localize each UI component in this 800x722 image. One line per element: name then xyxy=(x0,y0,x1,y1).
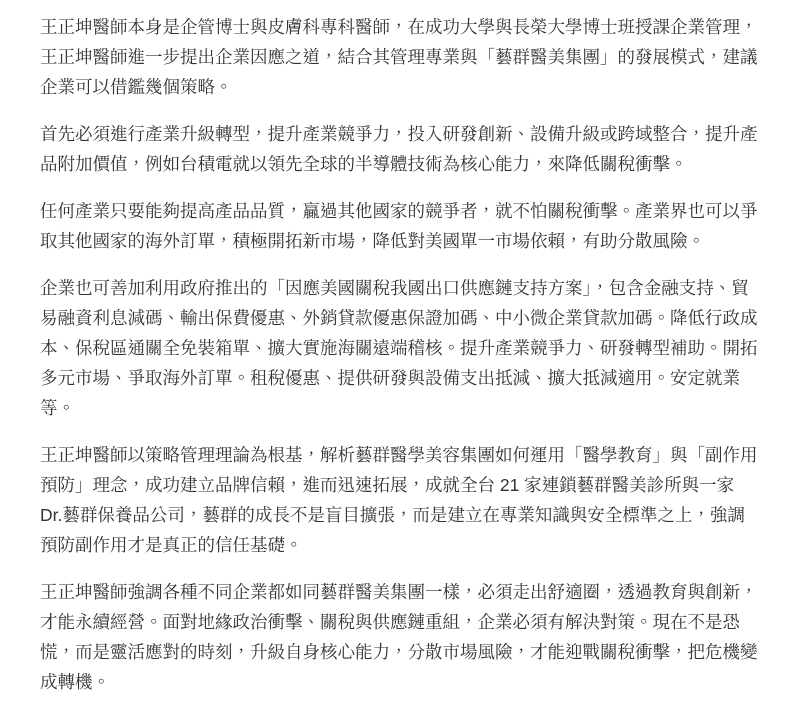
paragraph-product-quality: 任何產業只要能夠提高產品品質，贏過其他國家的競爭者，就不怕關稅衝擊。產業界也可以… xyxy=(40,196,760,256)
article-body: 王正坤醫師本身是企管博士與皮膚科專科醫師，在成功大學與長榮大學博士班授課企業管理… xyxy=(0,0,800,697)
paragraph-brand-trust: 王正坤醫師以策略管理理論為根基，解析藝群醫學美容集團如何運用「醫學教育」與「副作… xyxy=(40,440,760,560)
paragraph-government-support-plan: 企業也可善加利用政府推出的「因應美國關稅我國出口供應鏈支持方案」，包含金融支持、… xyxy=(40,273,760,423)
paragraph-conclusion: 王正坤醫師強調各種不同企業都如同藝群醫美集團一樣，必須走出舒適圈，透過教育與創新… xyxy=(40,577,760,697)
paragraph-industry-upgrade: 首先必須進行產業升級轉型，提升產業競爭力，投入研發創新、設備升級或跨域整合，提升… xyxy=(40,119,760,179)
paragraph-intro-strategy: 王正坤醫師本身是企管博士與皮膚科專科醫師，在成功大學與長榮大學博士班授課企業管理… xyxy=(40,12,760,102)
